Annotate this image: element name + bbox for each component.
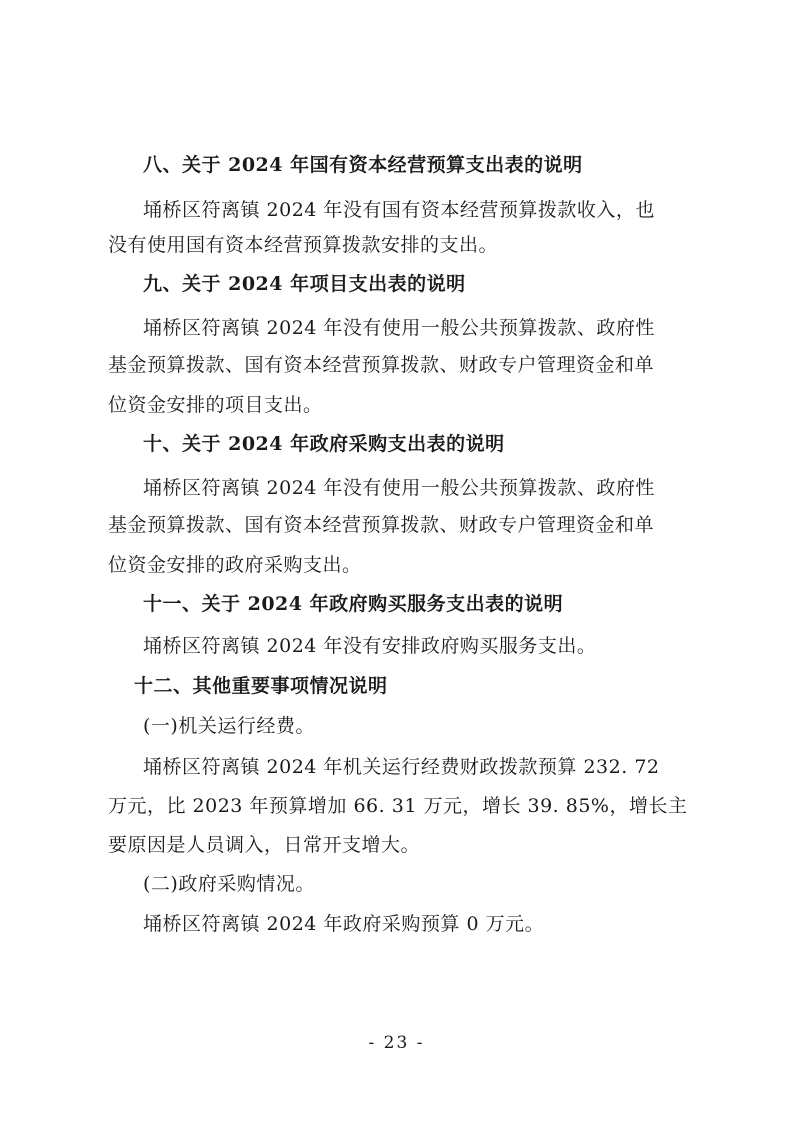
paragraph-line: 埇桥区符离镇 2024 年没有安排政府购买服务支出。 [143,633,596,659]
paragraph-line: 要原因是人员调入，日常开支增大。 [108,832,420,858]
section-heading-10: 十、关于 2024 年政府采购支出表的说明 [143,431,505,457]
paragraph-line: 基金预算拨款、国有资本经营预算拨款、财政专户管理资金和单 [108,512,654,538]
paragraph-line: 位资金安排的政府采购支出。 [108,552,362,578]
paragraph-line: 万元，比 2023 年预算增加 66. 31 万元，增长 39. 85%，增长主 [108,793,687,819]
paragraph-line: 埇桥区符离镇 2024 年没有使用一般公共预算拨款、政府性 [143,315,655,341]
paragraph-line: 埇桥区符离镇 2024 年没有国有资本经营预算拨款收入，也 [143,197,655,223]
section-heading-8: 八、关于 2024 年国有资本经营预算支出表的说明 [143,152,583,178]
paragraph-line: 埇桥区符离镇 2024 年没有使用一般公共预算拨款、政府性 [143,475,655,501]
section-heading-11: 十一、关于 2024 年政府购买服务支出表的说明 [143,591,563,617]
section-heading-9: 九、关于 2024 年项目支出表的说明 [143,271,466,297]
paragraph-line: 埇桥区符离镇 2024 年政府采购预算 0 万元。 [143,911,544,937]
subsection-title: (一)机关运行经费。 [143,713,315,739]
subsection-title: (二)政府采购情况。 [143,871,315,897]
paragraph-line: 位资金安排的项目支出。 [108,392,323,418]
document-page: 八、关于 2024 年国有资本经营预算支出表的说明 埇桥区符离镇 2024 年没… [0,0,793,1122]
paragraph-line: 基金预算拨款、国有资本经营预算拨款、财政专户管理资金和单 [108,352,654,378]
section-heading-12: 十二、其他重要事项情况说明 [134,673,388,699]
page-number: - 23 - [0,1033,793,1053]
paragraph-line: 埇桥区符离镇 2024 年机关运行经费财政拨款预算 232. 72 [143,754,660,780]
paragraph-line: 没有使用国有资本经营预算拨款安排的支出。 [108,232,498,258]
